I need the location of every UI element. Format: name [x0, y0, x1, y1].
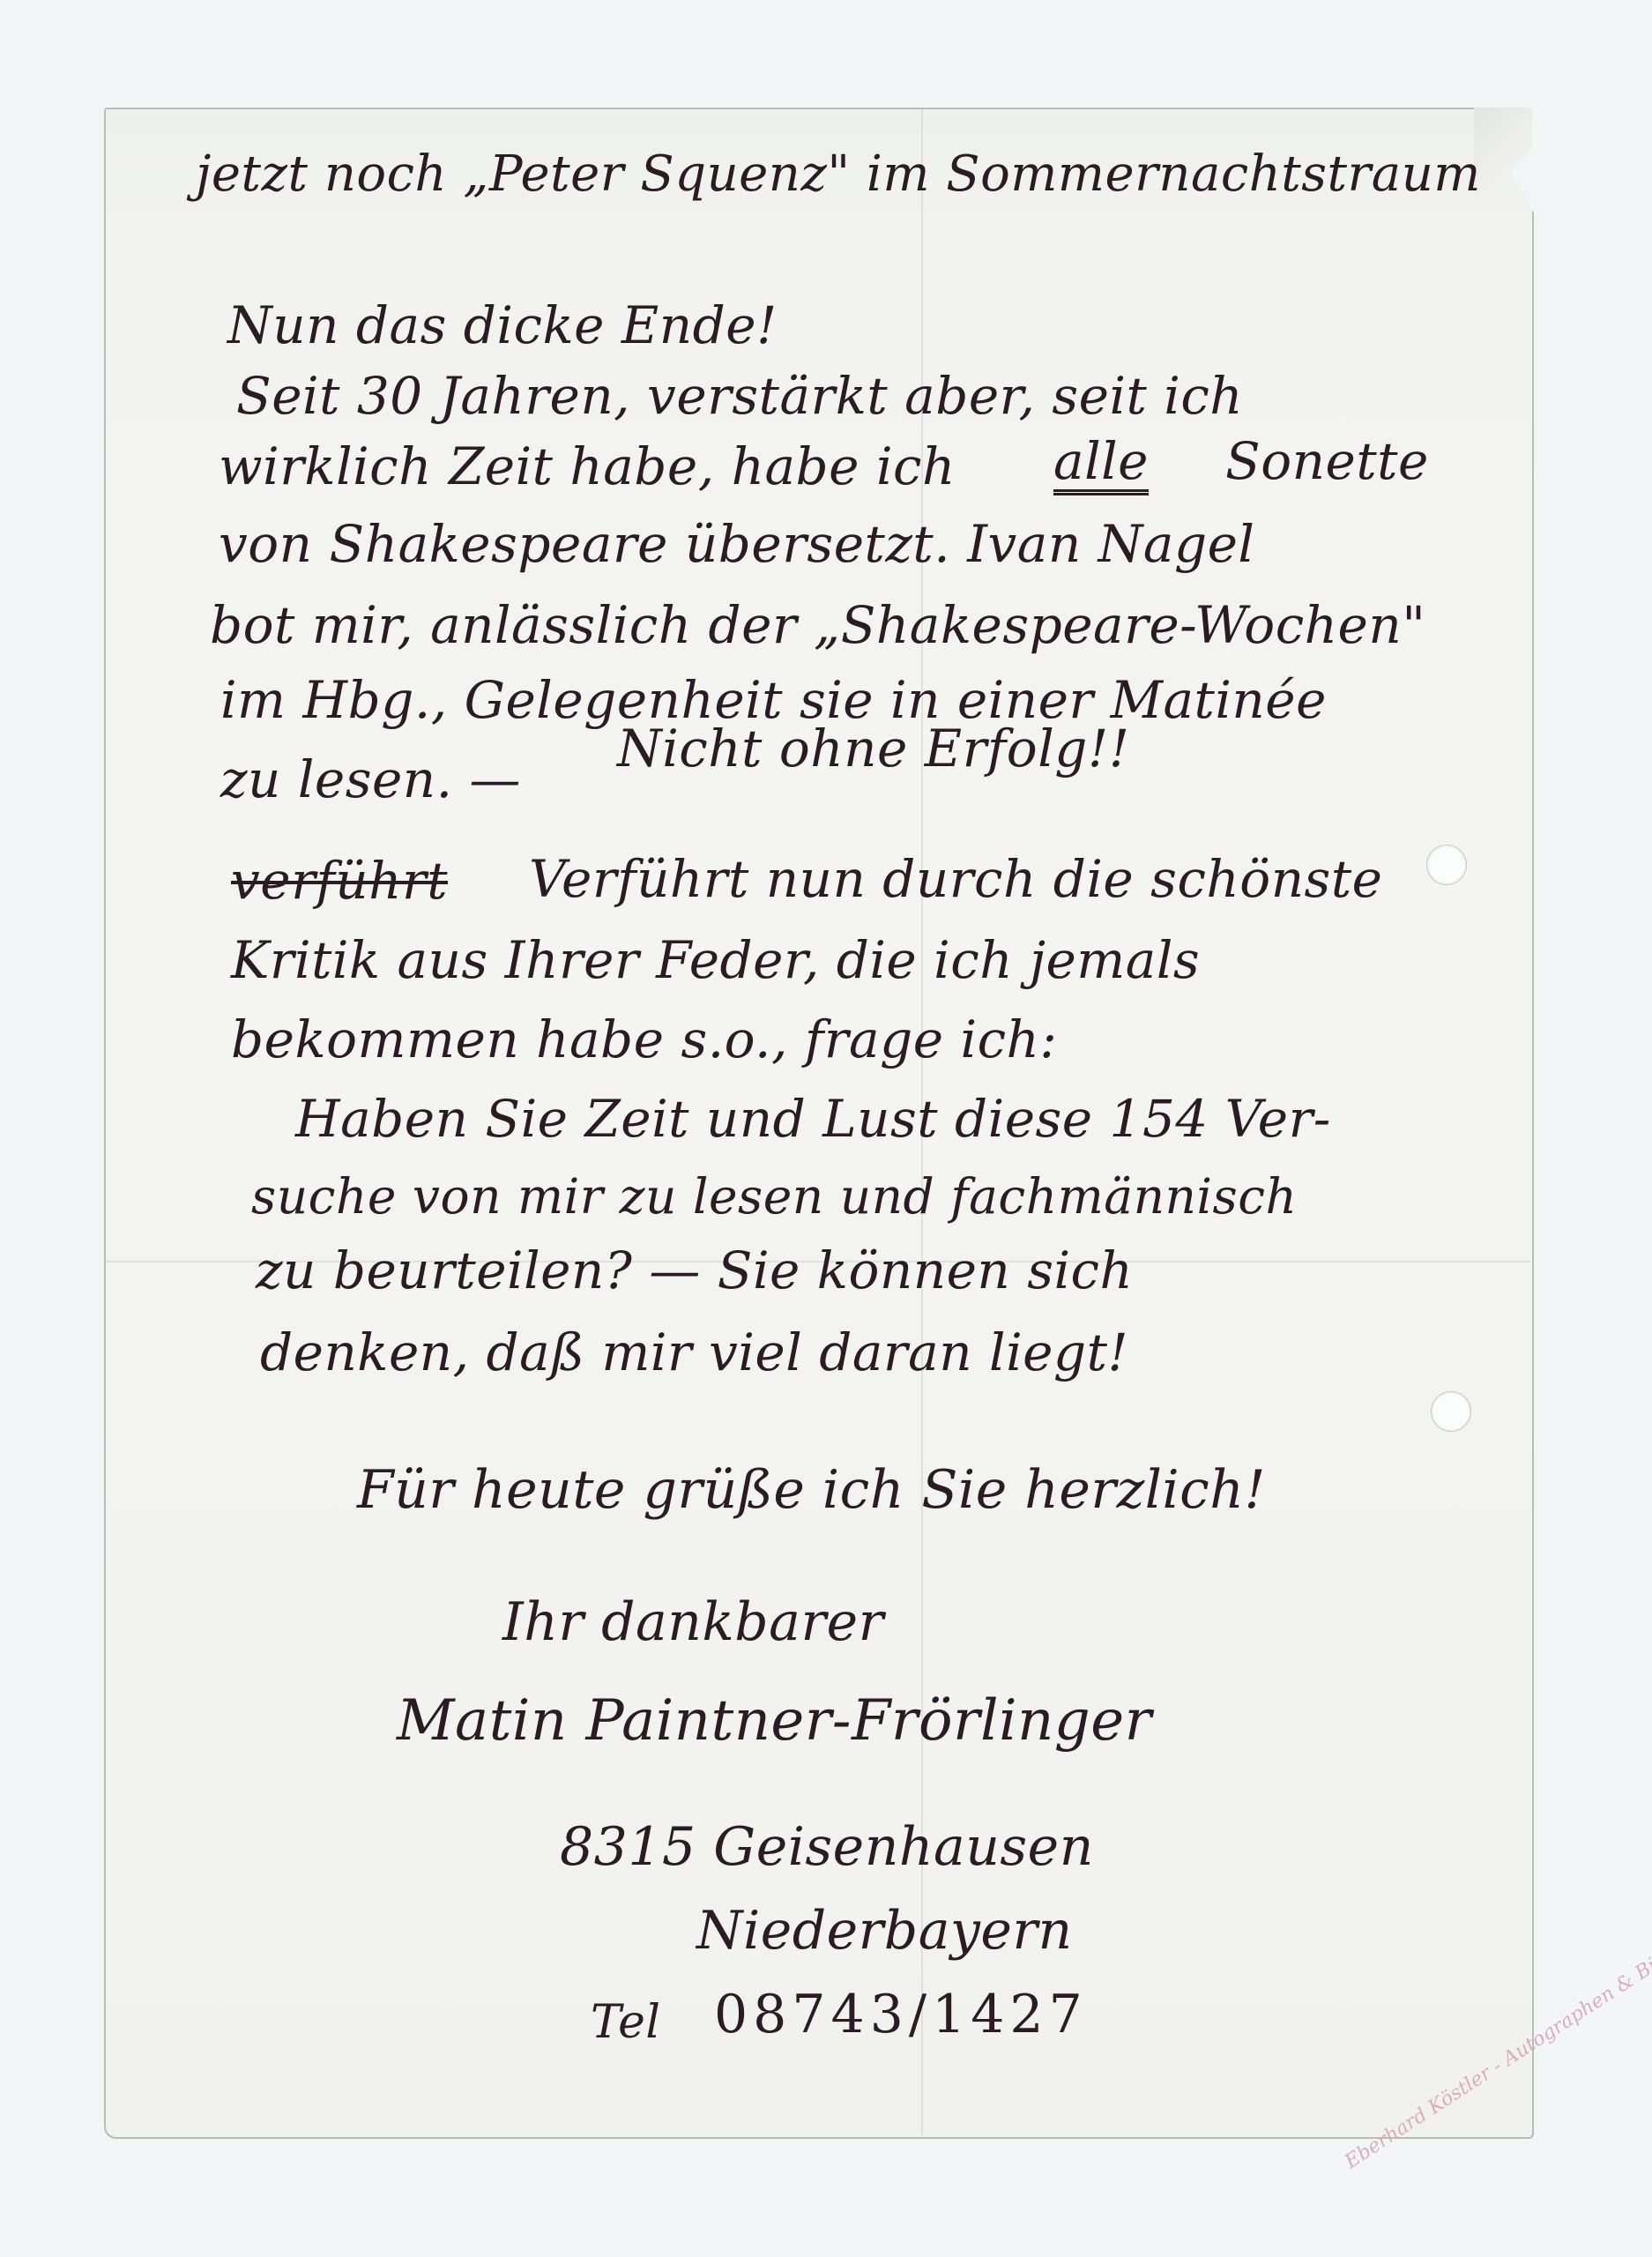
letter-line-4a: wirklich Zeit habe, habe ich — [219, 441, 956, 492]
letter-line-5: von Shakespeare übersetzt. Ivan Nagel — [219, 518, 1254, 570]
letter-line-11: bekommen habe s.o., frage ich: — [231, 1014, 1057, 1065]
letter-line-8b: Nicht ohne Erfolg!! — [617, 723, 1130, 774]
address-city: 8315 Geisenhausen — [560, 1821, 1094, 1873]
letter-line-2: Nun das dicke Ende! — [227, 300, 778, 351]
phone-number: 08743/1427 — [714, 1988, 1088, 2041]
letter-line-13: suche von mir zu lesen und fachmännisch — [251, 1173, 1297, 1221]
emphasized-word-alle: alle — [1053, 436, 1149, 487]
letter-line-12: Haben Sie Zeit und Lust diese 154 Ver- — [295, 1093, 1331, 1144]
punch-hole-lower — [1431, 1391, 1471, 1432]
letter-line-15: denken, daß mir viel daran liegt! — [260, 1327, 1128, 1378]
signature: Matin Paintner-Frörlinger — [397, 1693, 1152, 1749]
closing-greeting: Für heute grüße ich Sie herzlich! — [357, 1464, 1266, 1516]
letter-line-9: Verführt nun durch die schönste — [529, 853, 1382, 905]
letter-line-4c: Sonette — [1225, 436, 1429, 487]
punch-hole-upper — [1426, 845, 1467, 885]
letter-line-1: jetzt noch „Peter Squenz" im Sommernacht… — [196, 150, 1481, 199]
letter-line-14: zu beurteilen? — Sie können sich — [256, 1245, 1133, 1296]
letter-line-6: bot mir, anlässlich der „Shakespeare-Woc… — [210, 600, 1425, 651]
closing-valediction: Ihr dankbarer — [502, 1596, 884, 1649]
struck-word: verführt — [231, 855, 448, 906]
phone-label: Tel — [591, 2000, 661, 2045]
letter-line-3: Seit 30 Jahren, verstärkt aber, seit ich — [236, 370, 1243, 421]
letter-line-10: Kritik aus Ihrer Feder, die ich jemals — [231, 935, 1200, 986]
letter-line-8a: zu lesen. — — [220, 754, 521, 805]
address-region: Niederbayern — [696, 1904, 1073, 1957]
